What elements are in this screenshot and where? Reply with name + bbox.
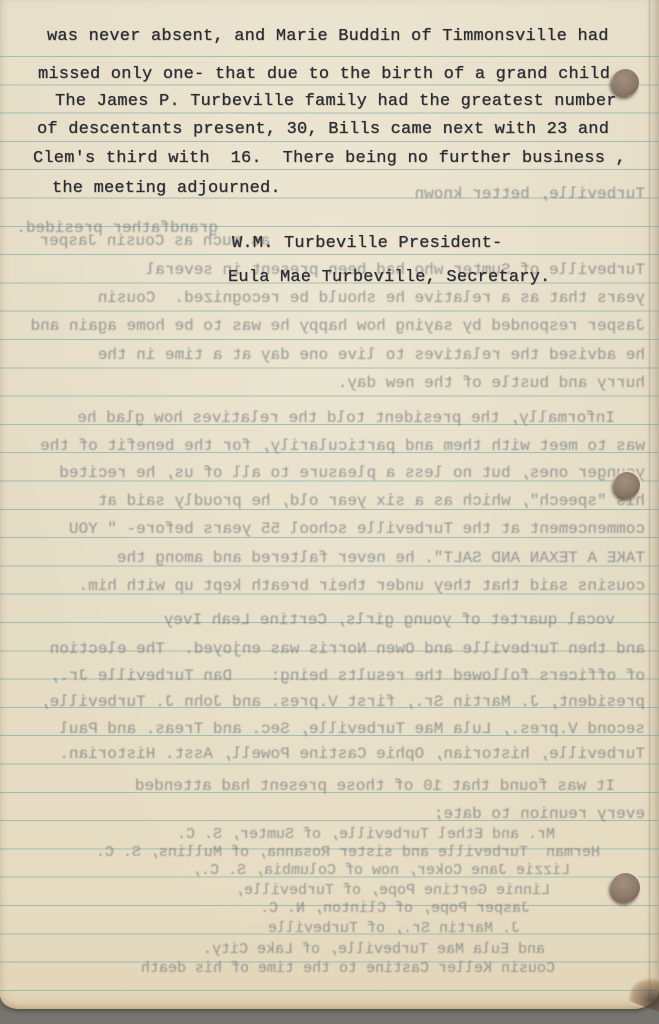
scan-area: Turbeville, better knowngrandfather pres… xyxy=(0,0,659,1024)
typed-line: of descentants present, 30, Bills came n… xyxy=(37,121,609,139)
bleedthrough-line: Mr. and Ethel Turbeville, of Sumter, S. … xyxy=(15,826,645,843)
typed-line: Clem's third with 16. There being no fur… xyxy=(33,150,626,168)
bleedthrough-line: he advised the relatives to live one day… xyxy=(15,347,645,364)
typed-line: was never absent, and Marie Buddin of Ti… xyxy=(47,28,609,46)
bleedthrough-line: was to meet with them and particularily,… xyxy=(15,438,645,455)
typed-line: The James P. Turbeville family had the g… xyxy=(55,93,617,111)
typed-line: missed only one- that due to the birth o… xyxy=(38,66,621,84)
bleedthrough-line: years that as a relative he should be re… xyxy=(15,290,645,307)
bleedthrough-line: Turbeville, historian, Ophie Castine Pow… xyxy=(15,746,645,763)
page-edge-crease xyxy=(648,0,651,1002)
bleedthrough-line: younger ones, but no less a pleasure to … xyxy=(15,465,645,482)
bleedthrough-line: Informally, the president told the relat… xyxy=(15,410,645,427)
bleedthrough-line: Jasper Pope, of Clinton, N. C. xyxy=(15,900,645,917)
bleedthrough-line: TAKE A TEXAN AND SALT". he never faltere… xyxy=(15,550,645,567)
bleedthrough-line: Linnie Gertine Pope, of Turbeville, xyxy=(15,882,645,899)
rusty-fastener xyxy=(612,69,639,96)
bleedthrough-line: of officers followed the results being: … xyxy=(15,668,645,685)
bleedthrough-line: president, J. Martin Sr., first V.pres. … xyxy=(15,694,645,711)
lined-paper-sheet: Turbeville, better knowngrandfather pres… xyxy=(0,0,659,1009)
bleedthrough-line: second V.pres., Lula Mae Turbeville, Sec… xyxy=(15,721,645,738)
bleedthrough-line: hurry and bustle of the new day. xyxy=(15,375,645,392)
bleedthrough-line: cousins said that they under their breat… xyxy=(15,578,645,595)
signature-line: Eula Mae Turbeville, Secretary. xyxy=(228,269,550,287)
bleedthrough-line: It was found that 10 of those present ha… xyxy=(15,778,645,795)
bleedthrough-line: commencement at the Turbeville school 55… xyxy=(15,521,645,538)
bleedthrough-line: Herman Turbeville and sister Rosanna, of… xyxy=(15,844,645,861)
bleedthrough-line: J. Martin Sr., of Turbeville xyxy=(15,920,645,937)
bleedthrough-line: and then Turbeville and Owen Norris was … xyxy=(15,641,645,658)
bleedthrough-line: vocal quartet of young girls, Certine Le… xyxy=(15,612,645,629)
bleedthrough-line: Jasper responded by saying how happy he … xyxy=(15,318,645,335)
bleedthrough-line: every reunion to date; xyxy=(15,806,645,823)
bleedthrough-line: Cousin Keller Castine to the time of his… xyxy=(15,960,645,977)
bleedthrough-line: his "speech", which as a six year old, h… xyxy=(15,493,645,510)
bleedthrough-line: Lizzie Jane Coker, now of Columbia, S. C… xyxy=(15,862,645,879)
signature-line: W.M. Turbeville President- xyxy=(232,235,502,253)
scanned-document-photo: { "document": { "kind": "scanned-typewri… xyxy=(0,0,659,1024)
typed-line: the meeting adjourned. xyxy=(52,180,281,198)
rusty-fastener xyxy=(611,873,640,902)
rusty-fastener xyxy=(614,472,640,498)
bleedthrough-line: and Eula Mae Turbeville, of Lake City. xyxy=(15,941,645,958)
